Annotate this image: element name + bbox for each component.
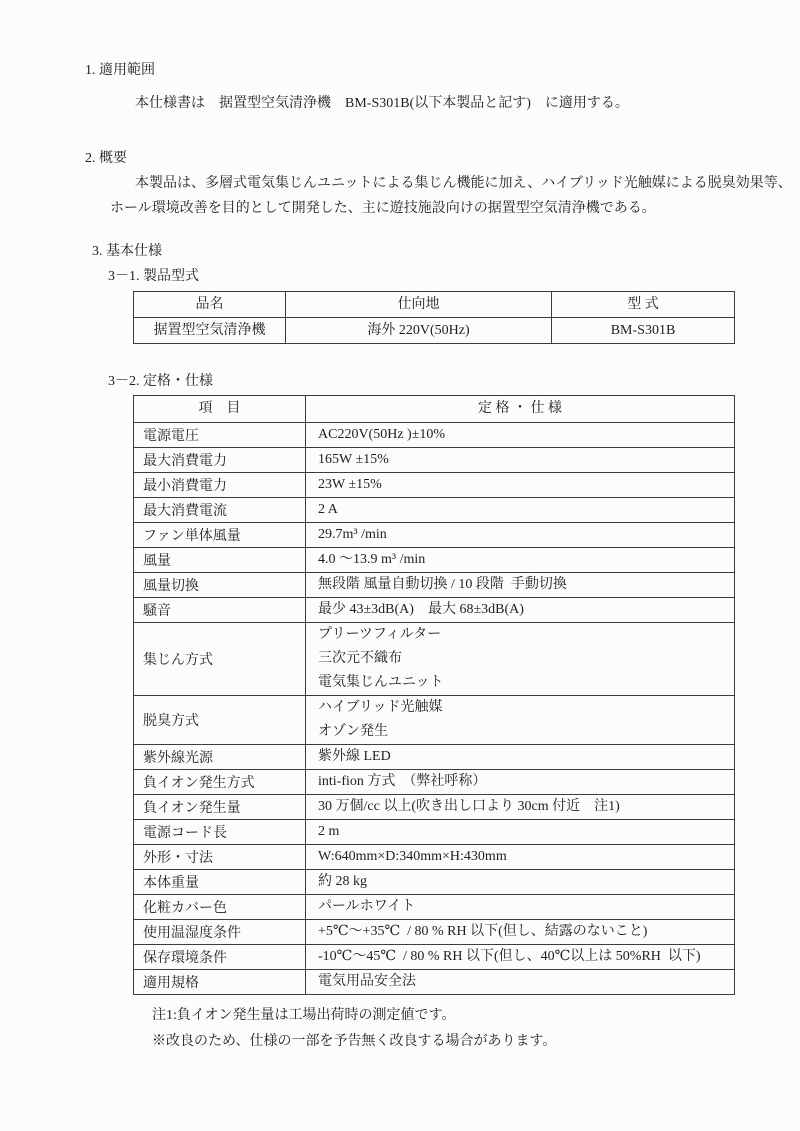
spec-row-max-current: 最大消費電流 2 A — [134, 498, 735, 523]
spec-row-storage-conditions: 保存環境条件 -10℃～45℃ / 80 % RH 以下(但し、40℃以上は 5… — [134, 945, 735, 970]
spec-value: 約 28 kg — [306, 870, 735, 895]
spec-row-dust-collection: 集じん方式 プリーツフィルター 三次元不織布 電気集じんユニット — [134, 623, 735, 696]
spec-value: 電気用品安全法 — [306, 970, 735, 995]
model-table-header-row: 品名 仕向地 型 式 — [134, 292, 735, 318]
spec-row-dimensions: 外形・寸法 W:640mm×D:340mm×H:430mm — [134, 845, 735, 870]
spec-label: 化粧カバー色 — [134, 895, 306, 920]
product-model-table: 品名 仕向地 型 式 据置型空気清浄機 海外 220V(50Hz) BM-S30… — [133, 291, 735, 344]
spec-row-fan-airflow: ファン単体風量 29.7m³ /min — [134, 523, 735, 548]
model-table-header-name: 品名 — [134, 292, 286, 318]
spec-row-applicable-standards: 適用規格 電気用品安全法 — [134, 970, 735, 995]
spec-label: 負イオン発生量 — [134, 795, 306, 820]
spec-value: +5℃～+35℃ / 80 % RH 以下(但し、結露のないこと) — [306, 920, 735, 945]
spec-value: 2 A — [306, 498, 735, 523]
spec-row-negative-ion-method: 負イオン発生方式 inti-fion 方式 （弊社呼称） — [134, 770, 735, 795]
spec-label: 騒音 — [134, 598, 306, 623]
section-1-body: 本仕様書は 据置型空気清浄機 BM-S301B(以下本製品と記す) に適用する。 — [135, 91, 800, 116]
spec-value: ハイブリッド光触媒 オゾン発生 — [306, 696, 735, 745]
spec-row-power-voltage: 電源電圧 AC220V(50Hz )±10% — [134, 423, 735, 448]
ratings-spec-table: 項 目 定 格 ・ 仕 様 電源電圧 AC220V(50Hz )±10% 最大消… — [133, 395, 735, 995]
spec-value: 165W ±15% — [306, 448, 735, 473]
spec-row-airflow: 風量 4.0 ～13.9 m³ /min — [134, 548, 735, 573]
spec-value: W:640mm×D:340mm×H:430mm — [306, 845, 735, 870]
spec-label: 電源コード長 — [134, 820, 306, 845]
spec-label: 風量切換 — [134, 573, 306, 598]
spec-label: 使用温湿度条件 — [134, 920, 306, 945]
spec-row-operating-conditions: 使用温湿度条件 +5℃～+35℃ / 80 % RH 以下(但し、結露のないこと… — [134, 920, 735, 945]
spec-table-header-rating: 定 格 ・ 仕 様 — [306, 396, 735, 423]
spec-label: 集じん方式 — [134, 623, 306, 696]
section-3-2-caption: 3－2. 定格・仕様 — [108, 369, 800, 394]
spec-label: ファン単体風量 — [134, 523, 306, 548]
spec-value: プリーツフィルター 三次元不織布 電気集じんユニット — [306, 623, 735, 696]
spec-row-cover-color: 化粧カバー色 パールホワイト — [134, 895, 735, 920]
spec-label: 紫外線光源 — [134, 745, 306, 770]
model-table-header-model: 型 式 — [552, 292, 735, 318]
spec-table-header-row: 項 目 定 格 ・ 仕 様 — [134, 396, 735, 423]
spec-value: パールホワイト — [306, 895, 735, 920]
spec-row-noise: 騒音 最少 43±3dB(A) 最大 68±3dB(A) — [134, 598, 735, 623]
spec-label: 本体重量 — [134, 870, 306, 895]
spec-label: 最小消費電力 — [134, 473, 306, 498]
spec-value: 2 m — [306, 820, 735, 845]
spec-table-header-item: 項 目 — [134, 396, 306, 423]
spec-row-max-power: 最大消費電力 165W ±15% — [134, 448, 735, 473]
spec-value: inti-fion 方式 （弊社呼称） — [306, 770, 735, 795]
spec-value: 4.0 ～13.9 m³ /min — [306, 548, 735, 573]
spec-row-negative-ion-output: 負イオン発生量 30 万個/cc 以上(吹き出し口より 30cm 付近 注1) — [134, 795, 735, 820]
spec-value: 29.7m³ /min — [306, 523, 735, 548]
spec-label: 電源電圧 — [134, 423, 306, 448]
section-3-1-caption: 3－1. 製品型式 — [108, 264, 800, 289]
model-table-header-destination: 仕向地 — [286, 292, 552, 318]
footnotes: 注1:負イオン発生量は工場出荷時の測定値です。 ※改良のため、仕様の一部を予告無… — [152, 1003, 800, 1055]
model-table-data-row: 据置型空気清浄機 海外 220V(50Hz) BM-S301B — [134, 318, 735, 344]
spec-row-weight: 本体重量 約 28 kg — [134, 870, 735, 895]
spec-value: 23W ±15% — [306, 473, 735, 498]
spec-value: 無段階 風量自動切換 / 10 段階 手動切換 — [306, 573, 735, 598]
spec-value: 30 万個/cc 以上(吹き出し口より 30cm 付近 注1) — [306, 795, 735, 820]
spec-label: 保存環境条件 — [134, 945, 306, 970]
spec-label: 脱臭方式 — [134, 696, 306, 745]
model-table-destination: 海外 220V(50Hz) — [286, 318, 552, 344]
spec-row-airflow-switching: 風量切換 無段階 風量自動切換 / 10 段階 手動切換 — [134, 573, 735, 598]
spec-row-deodorization: 脱臭方式 ハイブリッド光触媒 オゾン発生 — [134, 696, 735, 745]
spec-label: 最大消費電流 — [134, 498, 306, 523]
spec-row-min-power: 最小消費電力 23W ±15% — [134, 473, 735, 498]
spec-value: -10℃～45℃ / 80 % RH 以下(但し、40℃以上は 50%RH 以下… — [306, 945, 735, 970]
spec-label: 風量 — [134, 548, 306, 573]
model-table-product-name: 据置型空気清浄機 — [134, 318, 286, 344]
spec-value: 紫外線 LED — [306, 745, 735, 770]
spec-label: 負イオン発生方式 — [134, 770, 306, 795]
spec-document-page: 1. 適用範囲 本仕様書は 据置型空気清浄機 BM-S301B(以下本製品と記す… — [0, 0, 800, 1131]
model-table-model-number: BM-S301B — [552, 318, 735, 344]
section-1-heading: 1. 適用範囲 — [85, 58, 800, 83]
spec-row-cord-length: 電源コード長 2 m — [134, 820, 735, 845]
spec-value: 最少 43±3dB(A) 最大 68±3dB(A) — [306, 598, 735, 623]
spec-label: 適用規格 — [134, 970, 306, 995]
spec-label: 外形・寸法 — [134, 845, 306, 870]
section-2-heading: 2. 概要 — [85, 146, 800, 171]
section-3-heading: 3. 基本仕様 — [92, 239, 800, 264]
spec-label: 最大消費電力 — [134, 448, 306, 473]
footnote-1: 注1:負イオン発生量は工場出荷時の測定値です。 — [152, 1003, 800, 1029]
section-2-body-line2: ホール環境改善を目的として開発した、主に遊技施設向けの据置型空気清浄機である。 — [110, 196, 800, 221]
spec-row-uv-source: 紫外線光源 紫外線 LED — [134, 745, 735, 770]
section-2-body-line1: 本製品は、多層式電気集じんユニットによる集じん機能に加え、ハイブリッド光触媒によ… — [135, 171, 800, 196]
footnote-2: ※改良のため、仕様の一部を予告無く改良する場合があります。 — [152, 1029, 800, 1055]
spec-value: AC220V(50Hz )±10% — [306, 423, 735, 448]
